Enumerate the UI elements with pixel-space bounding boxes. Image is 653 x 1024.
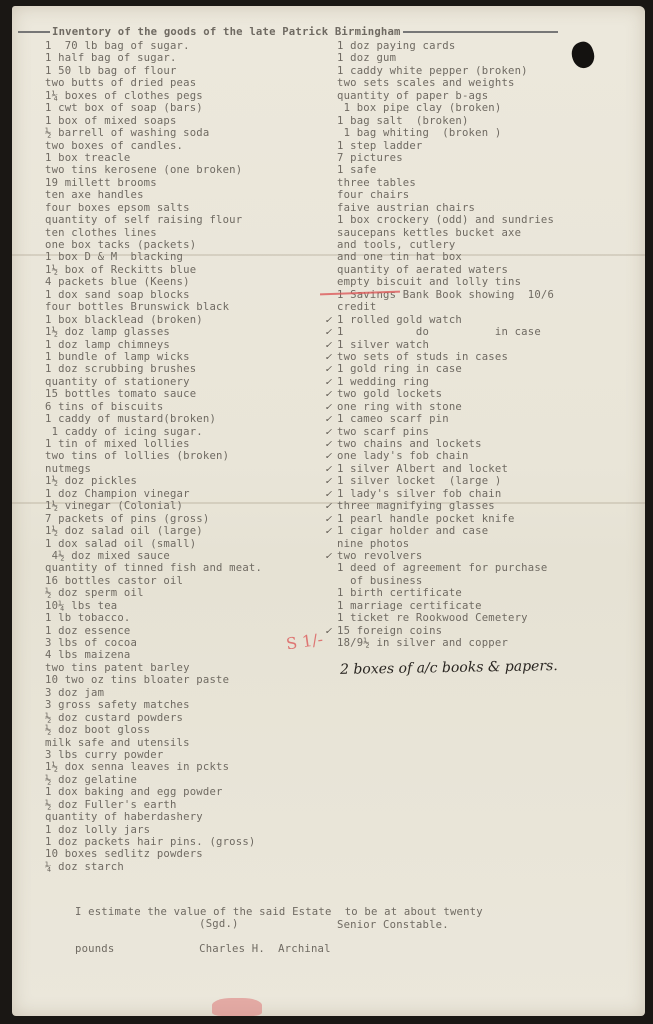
inventory-item: two tins of lollies (broken)	[45, 450, 262, 462]
inventory-item: 1 doz lamp chimneys	[45, 339, 262, 351]
inventory-item-text: two sets scales and weights	[337, 77, 515, 89]
inventory-item: 6 tins of biscuits	[45, 401, 262, 413]
inventory-item: 1½ doz lamp glasses	[45, 326, 262, 338]
inventory-item: ✓two revolvers	[337, 550, 554, 562]
inventory-item-text: 1 safe	[337, 164, 376, 176]
inventory-item: ½ doz custard powders	[45, 712, 262, 724]
inventory-item-text: and one tin hat box	[337, 251, 462, 263]
checkmark-icon: ✓	[325, 314, 332, 326]
inventory-item: nine photos	[337, 538, 554, 550]
red-stain	[212, 998, 262, 1016]
inventory-item: 3 gross safety matches	[45, 699, 262, 711]
inventory-item: ✓1 cameo scarf pin	[337, 413, 554, 425]
checkmark-icon: ✓	[325, 450, 332, 462]
inventory-item: 1 doz packets hair pins. (gross)	[45, 836, 262, 848]
inventory-item: saucepans kettles bucket axe	[337, 227, 554, 239]
checkmark-icon: ✓	[325, 388, 332, 400]
inventory-item: ½ doz boot gloss	[45, 724, 262, 736]
inventory-item: 1 doz lolly jars	[45, 824, 262, 836]
inventory-item-text: of business	[337, 575, 423, 587]
inventory-item-text: one lady's fob chain	[337, 450, 469, 462]
inventory-item: ½ doz Fuller's earth	[45, 799, 262, 811]
inventory-item: ✓1 wedding ring	[337, 376, 554, 388]
inventory-item: 1½ doz pickles	[45, 475, 262, 487]
inventory-item: one box tacks (packets)	[45, 239, 262, 251]
inventory-item-text: two sets of studs in cases	[337, 351, 508, 363]
checkmark-icon: ✓	[325, 401, 332, 413]
inventory-item-text: 1 silver watch	[337, 339, 429, 351]
inventory-right-column: 1 doz paying cards1 doz gum1 caddy white…	[337, 40, 554, 649]
inventory-item-text: 1 gold ring in case	[337, 363, 462, 375]
inventory-item: ✓two scarf pins	[337, 426, 554, 438]
inventory-item-text: 1 doz gum	[337, 52, 396, 64]
inventory-item-text: two chains and lockets	[337, 438, 482, 450]
inventory-item: two tins kerosene (one broken)	[45, 164, 262, 176]
inventory-item: 1 tin of mixed lollies	[45, 438, 262, 450]
inventory-item: 1½ dox senna leaves in pckts	[45, 761, 262, 773]
inventory-item: ✓1 rolled gold watch	[337, 314, 554, 326]
inventory-item: empty biscuit and lolly tins	[337, 276, 554, 288]
inventory-item: and one tin hat box	[337, 251, 554, 263]
inventory-item-text: 1 step ladder	[337, 140, 423, 152]
signature-line: (Sgd.) Charles H. Archinal	[186, 906, 331, 956]
inventory-item: ✓1 silver watch	[337, 339, 554, 351]
inventory-item: 1 step ladder	[337, 140, 554, 152]
inventory-item-text: 1 box pipe clay (broken)	[337, 102, 501, 114]
inventory-item: 1 dox baking and egg powder	[45, 786, 262, 798]
inventory-item-text: and tools, cutlery	[337, 239, 455, 251]
inventory-item: 7 packets of pins (gross)	[45, 513, 262, 525]
checkmark-icon: ✓	[325, 413, 332, 425]
inventory-item: 10 two oz tins bloater paste	[45, 674, 262, 686]
inventory-item: 1 doz paying cards	[337, 40, 554, 52]
checkmark-icon: ✓	[325, 525, 332, 537]
inventory-item: 1 caddy white pepper (broken)	[337, 65, 554, 77]
signed-label: (Sgd.)	[199, 918, 238, 930]
inventory-item-text: 1 doz paying cards	[337, 40, 455, 52]
checkmark-icon: ✓	[325, 500, 332, 512]
inventory-item: 4 lbs maizena	[45, 649, 262, 661]
checkmark-icon: ✓	[325, 326, 332, 338]
inventory-item: 4½ doz mixed sauce	[45, 550, 262, 562]
inventory-item-text: 7 pictures	[337, 152, 403, 164]
inventory-item: ✓1 pearl handle pocket knife	[337, 513, 554, 525]
checkmark-icon: ✓	[325, 363, 332, 375]
inventory-item: 1½ doz salad oil (large)	[45, 525, 262, 537]
inventory-item: 19 millett brooms	[45, 177, 262, 189]
inventory-item: credit	[337, 301, 554, 313]
inventory-item-text: two gold lockets	[337, 388, 442, 400]
inventory-item-text: 1 pearl handle pocket knife	[337, 513, 515, 525]
inventory-item: 1 Savings Bank Book showing 10/6	[337, 289, 554, 301]
inventory-item-text: credit	[337, 301, 376, 313]
inventory-item: quantity of self raising flour	[45, 214, 262, 226]
signatory-name: Charles H. Archinal	[199, 943, 331, 955]
inventory-item-text: 1 cameo scarf pin	[337, 413, 449, 425]
inventory-item-text: 1 birth certificate	[337, 587, 462, 599]
inventory-item: 1 bundle of lamp wicks	[45, 351, 262, 363]
inventory-item: 3 lbs of cocoa	[45, 637, 262, 649]
inventory-item: milk safe and utensils	[45, 737, 262, 749]
inventory-item: 1 70 lb bag of sugar.	[45, 40, 262, 52]
inventory-item: 1 bag salt (broken)	[337, 115, 554, 127]
inventory-item: two sets scales and weights	[337, 77, 554, 89]
inventory-item: ✓1 silver locket (large )	[337, 475, 554, 487]
inventory-item-text: two scarf pins	[337, 426, 429, 438]
inventory-item: ✓two chains and lockets	[337, 438, 554, 450]
inventory-item: four chairs	[337, 189, 554, 201]
inventory-item: 3 doz jam	[45, 687, 262, 699]
inventory-item: ✓1 cigar holder and case	[337, 525, 554, 537]
inventory-item: 1 half bag of sugar.	[45, 52, 262, 64]
checkmark-icon: ✓	[325, 550, 332, 562]
inventory-item: quantity of stationery	[45, 376, 262, 388]
inventory-item: 1 doz gum	[337, 52, 554, 64]
inventory-item-text: 1 lady's silver fob chain	[337, 488, 501, 500]
inventory-item: 1 deed of agreement for purchase	[337, 562, 554, 574]
inventory-item: 10 boxes sedlitz powders	[45, 848, 262, 860]
inventory-item-text: faive austrian chairs	[337, 202, 475, 214]
inventory-item: 1 doz Champion vinegar	[45, 488, 262, 500]
inventory-item: 1 doz scrubbing brushes	[45, 363, 262, 375]
inventory-item: 1¼ boxes of clothes pegs	[45, 90, 262, 102]
inventory-item: and tools, cutlery	[337, 239, 554, 251]
inventory-item-text: three magnifying glasses	[337, 500, 495, 512]
inventory-item: ✓two gold lockets	[337, 388, 554, 400]
inventory-item: 15 bottles tomato sauce	[45, 388, 262, 400]
checkmark-icon: ✓	[325, 625, 332, 637]
inventory-item: 1 caddy of icing sugar.	[45, 426, 262, 438]
inventory-item: 1 50 lb bag of flour	[45, 65, 262, 77]
inventory-item-text: 1 bag salt (broken)	[337, 115, 469, 127]
inventory-item: 1 ticket re Rookwood Cemetery	[337, 612, 554, 624]
inventory-item-text: 1 rolled gold watch	[337, 314, 462, 326]
inventory-item: 1 dox sand soap blocks	[45, 289, 262, 301]
inventory-item: four bottles Brunswick black	[45, 301, 262, 313]
inventory-item: two tins patent barley	[45, 662, 262, 674]
inventory-item: ✓15 foreign coins	[337, 625, 554, 637]
inventory-item-text: 1 cigar holder and case	[337, 525, 488, 537]
inventory-item: nutmegs	[45, 463, 262, 475]
inventory-item: ✓1 do in case	[337, 326, 554, 338]
inventory-item-text: 1 do in case	[337, 326, 541, 338]
inventory-item-text: 1 ticket re Rookwood Cemetery	[337, 612, 528, 624]
inventory-item: of business	[337, 575, 554, 587]
inventory-item: 1 bag whiting (broken )	[337, 127, 554, 139]
inventory-item: 10¼ lbs tea	[45, 600, 262, 612]
inventory-item: faive austrian chairs	[337, 202, 554, 214]
inventory-item-text: four chairs	[337, 189, 409, 201]
inventory-item-text: saucepans kettles bucket axe	[337, 227, 521, 239]
inventory-item: ✓one lady's fob chain	[337, 450, 554, 462]
inventory-item: ✓1 silver Albert and locket	[337, 463, 554, 475]
inventory-item-text: quantity of paper b-ags	[337, 90, 488, 102]
inventory-item: ✓two sets of studs in cases	[337, 351, 554, 363]
inventory-item: 16 bottles castor oil	[45, 575, 262, 587]
checkmark-icon: ✓	[325, 488, 332, 500]
inventory-item-text: three tables	[337, 177, 416, 189]
checkmark-icon: ✓	[325, 339, 332, 351]
inventory-item: ½ doz sperm oil	[45, 587, 262, 599]
checkmark-icon: ✓	[325, 426, 332, 438]
inventory-item: 3 lbs curry powder	[45, 749, 262, 761]
inventory-item-text: empty biscuit and lolly tins	[337, 276, 521, 288]
checkmark-icon: ✓	[325, 463, 332, 475]
inventory-item-text: 15 foreign coins	[337, 625, 442, 637]
inventory-item-text: quantity of aerated waters	[337, 264, 508, 276]
inventory-item: ½ barrell of washing soda	[45, 127, 262, 139]
document-title: Inventory of the goods of the late Patri…	[50, 26, 403, 38]
inventory-item: ten clothes lines	[45, 227, 262, 239]
inventory-item: 1 box blacklead (broken)	[45, 314, 262, 326]
inventory-item-text: 1 silver locket (large )	[337, 475, 501, 487]
inventory-item-text: 1 silver Albert and locket	[337, 463, 508, 475]
inventory-item-text: 1 wedding ring	[337, 376, 429, 388]
inventory-item: two boxes of candles.	[45, 140, 262, 152]
inventory-item: 1½ vinegar (Colonial)	[45, 500, 262, 512]
inventory-item-text: 1 caddy white pepper (broken)	[337, 65, 528, 77]
inventory-item: quantity of haberdashery	[45, 811, 262, 823]
inventory-item: 7 pictures	[337, 152, 554, 164]
inventory-item: ten axe handles	[45, 189, 262, 201]
inventory-item-text: 1 box crockery (odd) and sundries	[337, 214, 554, 226]
checkmark-icon: ✓	[325, 438, 332, 450]
inventory-item: two butts of dried peas	[45, 77, 262, 89]
inventory-left-column: 1 70 lb bag of sugar.1 half bag of sugar…	[45, 40, 262, 873]
inventory-item: ✓1 lady's silver fob chain	[337, 488, 554, 500]
inventory-item: 1 box treacle	[45, 152, 262, 164]
checkmark-icon: ✓	[325, 376, 332, 388]
inventory-item: 1 dox salad oil (small)	[45, 538, 262, 550]
inventory-item: 1 lb tobacco.	[45, 612, 262, 624]
inventory-item-text: 1 bag whiting (broken )	[337, 127, 501, 139]
inventory-item: ¼ doz starch	[45, 861, 262, 873]
inventory-item: 1 safe	[337, 164, 554, 176]
inventory-item-text: 18/9½ in silver and copper	[337, 637, 508, 649]
inventory-item-text: two revolvers	[337, 550, 423, 562]
inventory-item: 1 box D & M blacking	[45, 251, 262, 263]
inventory-item: 1 caddy of mustard(broken)	[45, 413, 262, 425]
inventory-item: quantity of paper b-ags	[337, 90, 554, 102]
inventory-item: three tables	[337, 177, 554, 189]
inventory-item: quantity of tinned fish and meat.	[45, 562, 262, 574]
inventory-item: 1 birth certificate	[337, 587, 554, 599]
inventory-item-text: 1 marriage certificate	[337, 600, 482, 612]
inventory-item-text: 1 Savings Bank Book showing 10/6	[337, 289, 554, 301]
inventory-item: 1 doz essence	[45, 625, 262, 637]
inventory-item: ✓three magnifying glasses	[337, 500, 554, 512]
checkmark-icon: ✓	[325, 513, 332, 525]
checkmark-icon: ✓	[325, 351, 332, 363]
inventory-item: 1 box crockery (odd) and sundries	[337, 214, 554, 226]
inventory-item-text: 1 deed of agreement for purchase	[337, 562, 548, 574]
inventory-item: 4 packets blue (Keens)	[45, 276, 262, 288]
inventory-item: ½ doz gelatine	[45, 774, 262, 786]
inventory-item: quantity of aerated waters	[337, 264, 554, 276]
inventory-item: 1 box of mixed soaps	[45, 115, 262, 127]
checkmark-icon: ✓	[325, 475, 332, 487]
inventory-item: ✓1 gold ring in case	[337, 363, 554, 375]
inventory-item: 1 cwt box of soap (bars)	[45, 102, 262, 114]
inventory-item-text: one ring with stone	[337, 401, 462, 413]
inventory-item: 1 marriage certificate	[337, 600, 554, 612]
inventory-item: four boxes epsom salts	[45, 202, 262, 214]
inventory-item-text: nine photos	[337, 538, 409, 550]
inventory-item: 1 box pipe clay (broken)	[337, 102, 554, 114]
signatory-rank: Senior Constable.	[337, 919, 449, 931]
inventory-item: 18/9½ in silver and copper	[337, 637, 554, 649]
inventory-item: 1½ box of Reckitts blue	[45, 264, 262, 276]
inventory-item: ✓one ring with stone	[337, 401, 554, 413]
